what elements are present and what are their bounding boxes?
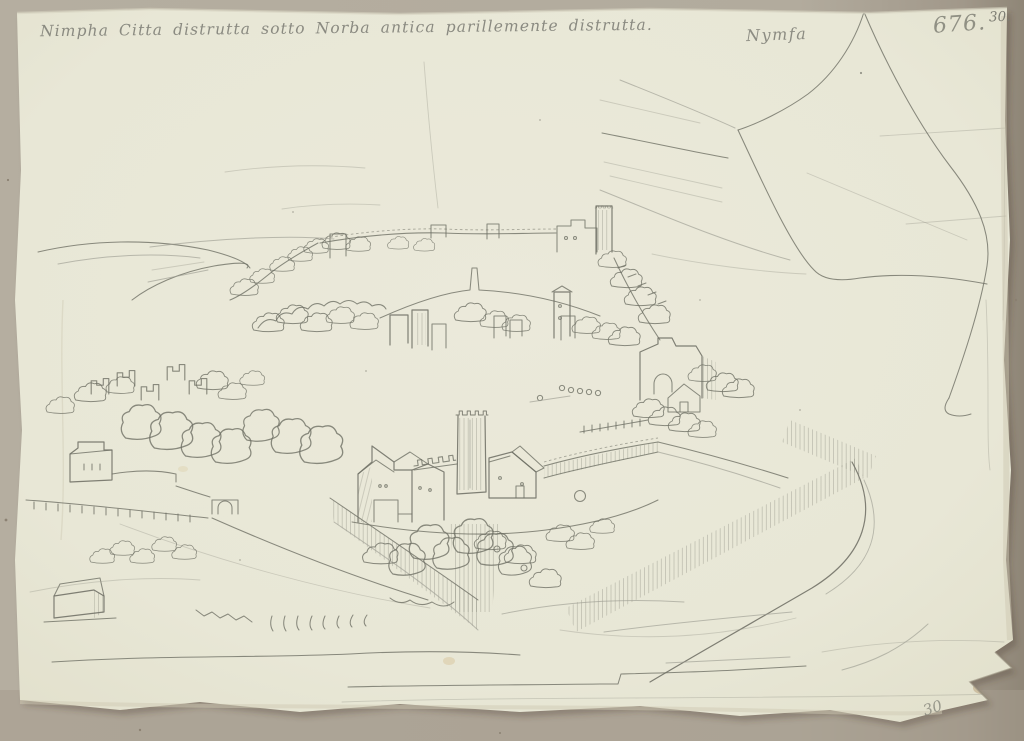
paper-stain [443, 657, 455, 665]
inscription-inventory-number: 676. [932, 10, 987, 39]
inscription-inventory-number-superscript: 30. [989, 9, 1011, 26]
inscription-place-label: Nymfa [746, 24, 808, 45]
sketch-scan [0, 0, 1024, 741]
scan-stage: Nimpha Citta distrutta sotto Norba antic… [0, 0, 1024, 741]
sketch-paper [15, 8, 1013, 722]
